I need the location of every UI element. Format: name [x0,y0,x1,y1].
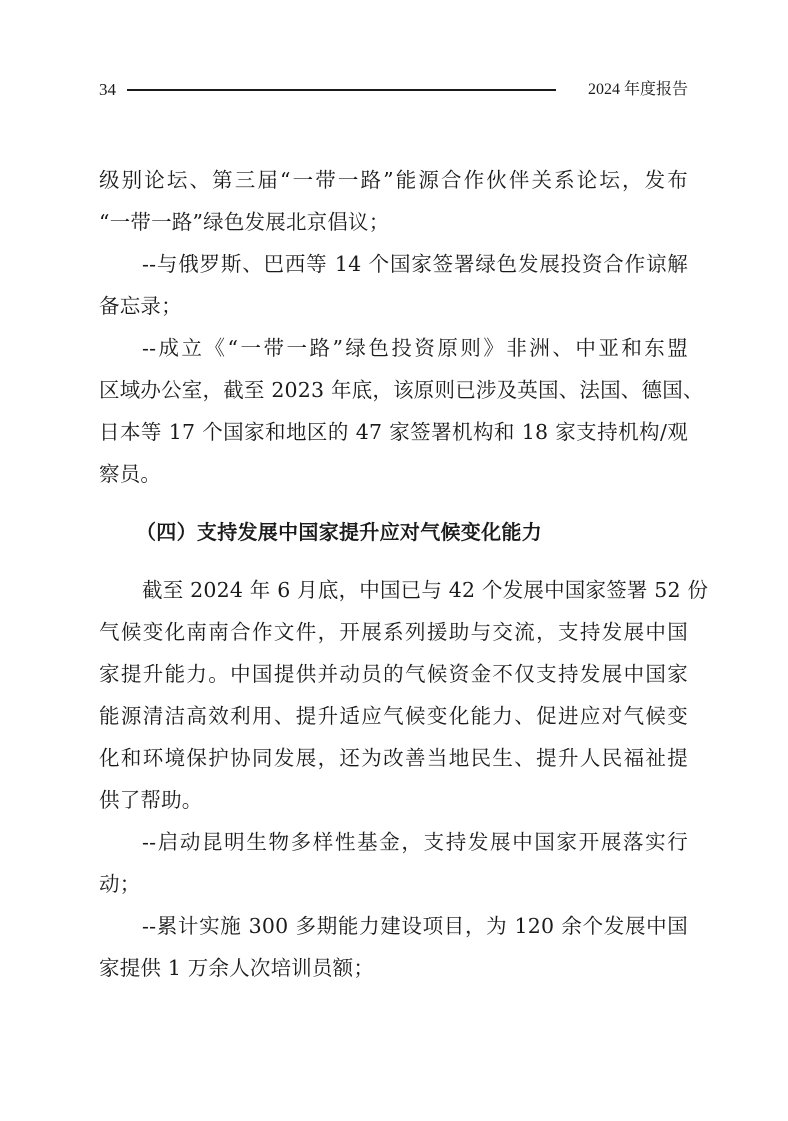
body-text-line: “一带一路”绿色发展北京倡议； [99,205,688,239]
list-item-text-line: --与俄罗斯、巴西等 14 个国家签署绿色发展投资合作谅解 [142,247,688,281]
body-text-line: 能源清洁高效利用、提升适应气候变化能力、促进应对气候变 [99,699,688,733]
header-rule [127,89,556,91]
list-item-text-line: 日本等 17 个国家和地区的 47 家签署机构和 18 家支持机构/观 [99,415,688,449]
list-item-text-line: 动； [99,867,688,901]
list-item-text-line: 家提供 1 万余人次培训员额； [99,951,688,985]
body-text-line: 截至 2024 年 6 月底，中国已与 42 个发展中国家签署 52 份 [142,573,688,607]
list-item-text-line: --成立《“一带一路”绿色投资原则》非洲、中亚和东盟 [142,331,688,365]
body-text-line: 供了帮助。 [99,783,688,817]
body-text-line: 家提升能力。中国提供并动员的气候资金不仅支持发展中国家 [99,657,688,691]
section-heading: （四）支持发展中国家提升应对气候变化能力 [136,515,542,549]
body-text-line: 气候变化南南合作文件，开展系列援助与交流，支持发展中国 [99,615,688,649]
page-header: 34 2024 年度报告 [99,78,688,102]
list-item-text-line: --启动昆明生物多样性基金，支持发展中国家开展落实行 [142,825,688,859]
list-item-text-line: 备忘录； [99,289,688,323]
page-number: 34 [99,78,116,102]
body-text-line: 化和环境保护协同发展，还为改善当地民生、提升人民福祉提 [99,741,688,775]
report-title: 2024 年度报告 [588,78,688,102]
list-item-text-line: --累计实施 300 多期能力建设项目，为 120 余个发展中国 [142,909,688,943]
list-item-text-line: 区域办公室，截至 2023 年底，该原则已涉及英国、法国、德国、 [99,373,688,407]
body-text-line: 级别论坛、第三届“一带一路”能源合作伙伴关系论坛，发布 [99,163,688,197]
list-item-text-line: 察员。 [99,457,688,491]
